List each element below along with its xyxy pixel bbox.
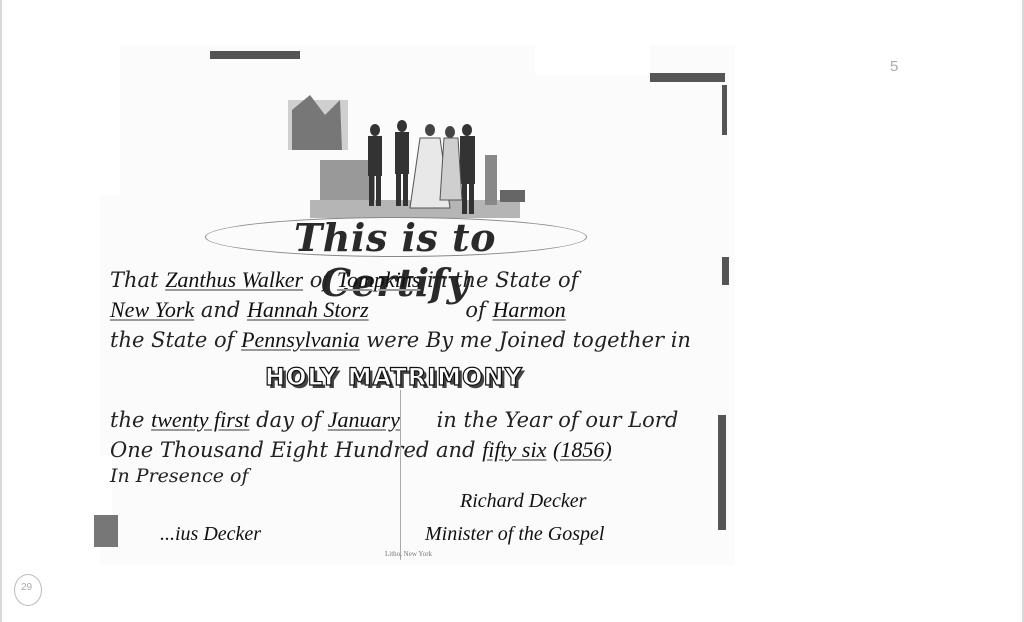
presence-label: In Presence of [110,465,720,487]
officiant-title: Minister of the Gospel [425,523,604,546]
certificate-line-1: That Zanthus Walker of Tompkins in the S… [110,267,720,293]
line-text: That [110,268,159,292]
bride-place: Harmon [492,297,565,322]
groom-name: Zanthus Walker [165,267,303,292]
line-text: day of [256,408,321,432]
witness-signature: ...ius Decker [160,523,261,546]
border-ornament-right-top [722,85,727,135]
bride-state: Pennsylvania [241,327,360,352]
groom-place: Tompkins [337,267,421,292]
marriage-certificate: This is to Certify That Zanthus Walker o… [100,45,735,565]
marriage-day: twenty first [151,407,249,432]
marriage-year-numeric: (1856) [553,437,612,462]
groom-state: New York [110,297,194,322]
date-line-2: One Thousand Eight Hundred and fifty six… [110,437,720,463]
bride-name: Hannah Storz [247,297,369,322]
page-stamp-bottom-left: 29 [14,574,42,606]
wedding-scene-engraving [280,80,530,225]
torn-edge-top [535,45,650,75]
certificate-line-3: the State of Pennsylvania were By me Joi… [110,327,720,353]
line-text: of [310,268,330,292]
line-text: in the State of [427,268,578,292]
line-text: the [110,408,144,432]
engraver-imprint: Litho, New York [385,550,432,558]
officiant-signature: Richard Decker [460,490,586,513]
scan-left-edge [0,0,2,622]
border-ornament-top-right [650,73,725,82]
date-line-1: the twenty first day of January in the Y… [110,407,720,433]
line-text: of [465,298,485,322]
torn-edge-left-top [100,45,120,195]
line-text: and [201,298,241,322]
border-ornament-right-mid [722,257,729,285]
certificate-line-2: New York and Hannah Storz of Harmon [110,297,720,323]
torn-fragment [94,515,118,547]
line-text: One Thousand Eight Hundred and [110,438,476,462]
page-number-top-right: 5 [890,58,898,75]
line-text: were By me Joined together in [366,328,691,352]
marriage-year-words: fifty six [482,437,546,462]
fold-line [400,390,401,560]
marriage-month: January [328,407,400,432]
border-ornament-top-left [210,51,300,59]
line-text: the State of [110,328,234,352]
holy-matrimony-banner: HOLY MATRIMONY [265,363,523,391]
line-text: in the Year of our Lord [437,408,679,432]
